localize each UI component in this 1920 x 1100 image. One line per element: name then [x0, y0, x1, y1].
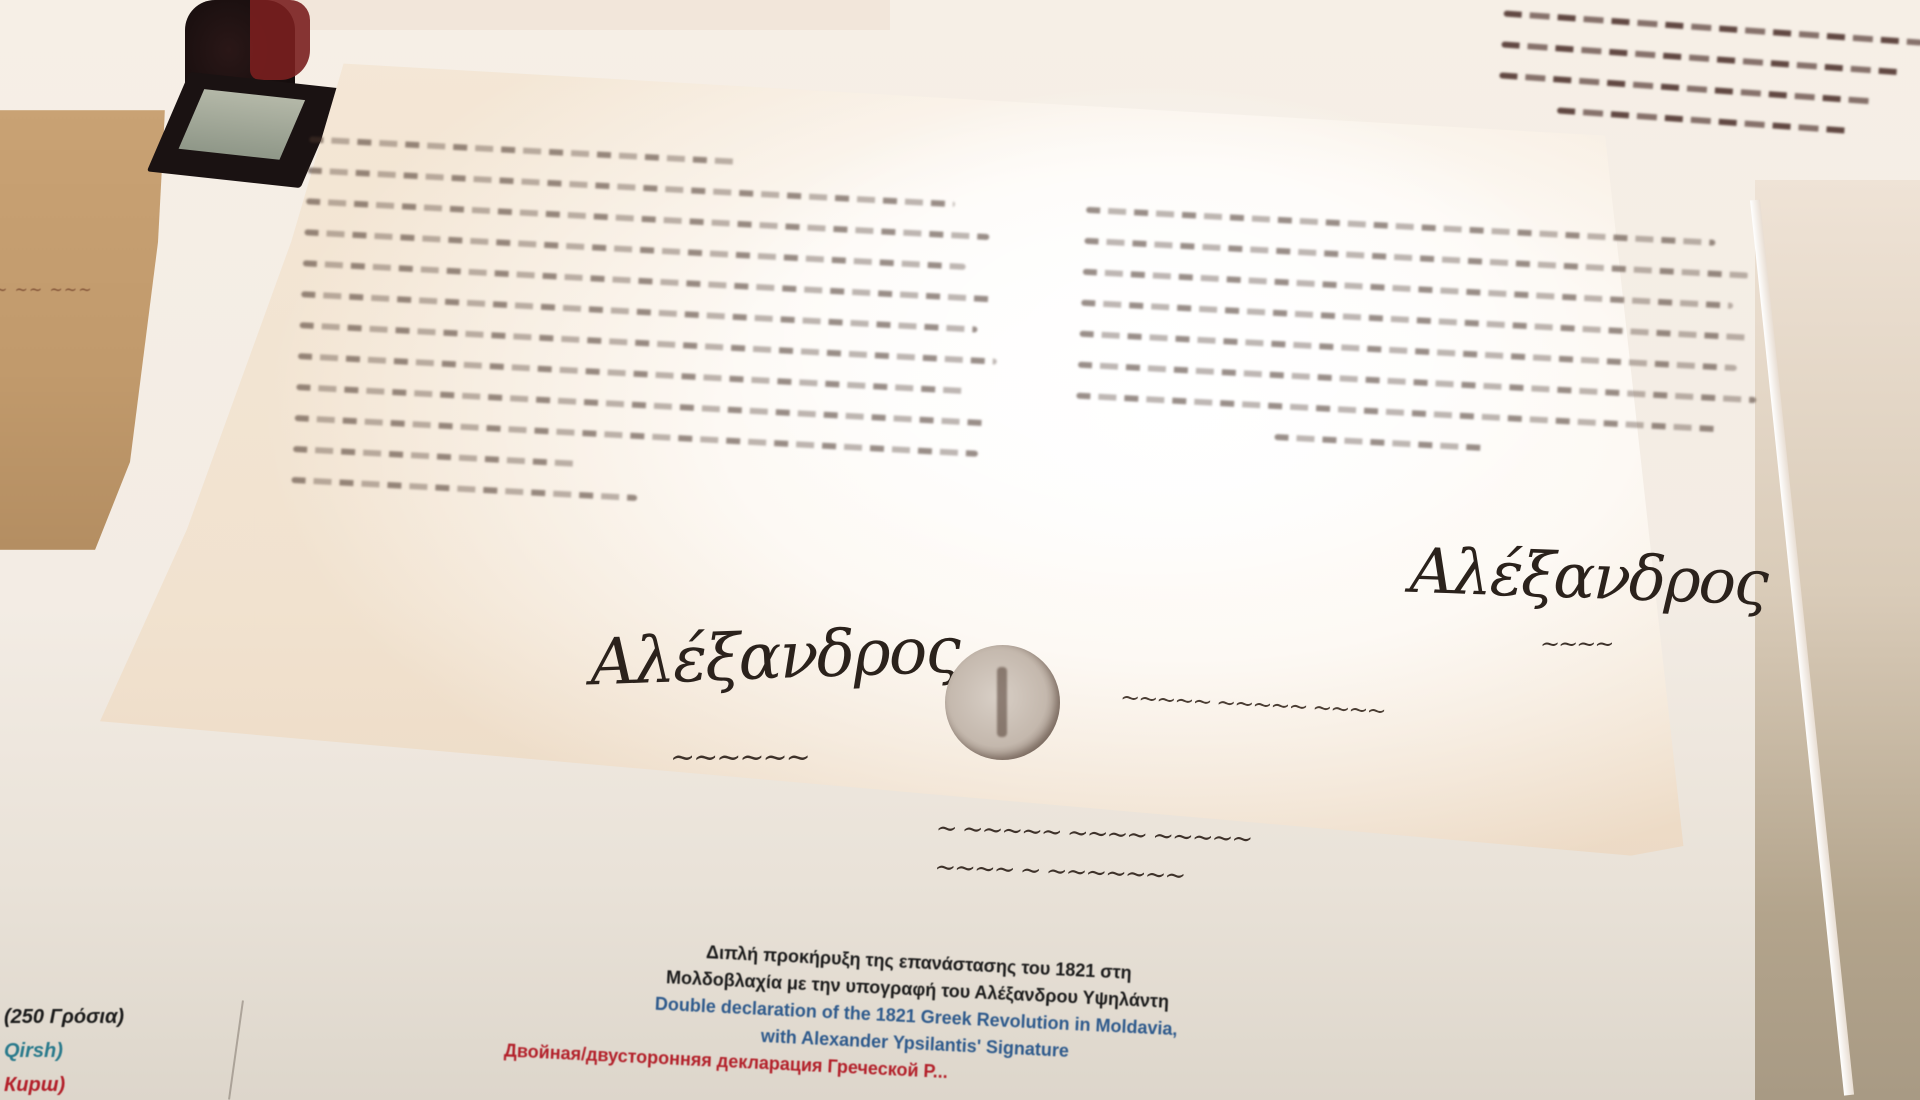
display-stand-plate: [179, 89, 306, 160]
exhibit-caption-label: Διπλή προκήρυξη της επανάστασης του 1821…: [513, 930, 1319, 1100]
signature-ypsilantis-left: Αλέξανδρος: [589, 614, 960, 701]
handwriting-left-column: [290, 111, 1030, 545]
envelope-handwriting: ~ ~~ ~~~: [0, 280, 93, 299]
wax-seal: [945, 645, 1060, 760]
countersignature: ~ ~~~~~ ~~~~ ~~~~~~~~~ ~ ~~~~~~~: [934, 810, 1252, 899]
signature-subscript-right: ~~~~: [1540, 630, 1612, 658]
label-crease: [228, 1000, 244, 1099]
figurine-red-cloak: [250, 0, 310, 80]
adjacent-exhibit-label: (250 Γρόσια) Qirsh) Кирш): [4, 1000, 124, 1100]
left-label-russian: Кирш): [4, 1068, 124, 1100]
brown-envelope: ~ ~~ ~~~: [0, 110, 165, 550]
museum-exhibit-photo: ~ ~~ ~~~ Αλέξανδρος: [0, 0, 1920, 1100]
handwriting-right-column: [1073, 182, 1786, 491]
signature-ypsilantis-right: Αλέξανδρος: [1409, 534, 1768, 619]
left-label-greek: (250 Γρόσια): [4, 1000, 124, 1034]
left-label-english: Qirsh): [4, 1034, 124, 1068]
signature-subscript-left: ~~~~~~: [670, 740, 809, 775]
background-document-top: [290, 0, 890, 30]
